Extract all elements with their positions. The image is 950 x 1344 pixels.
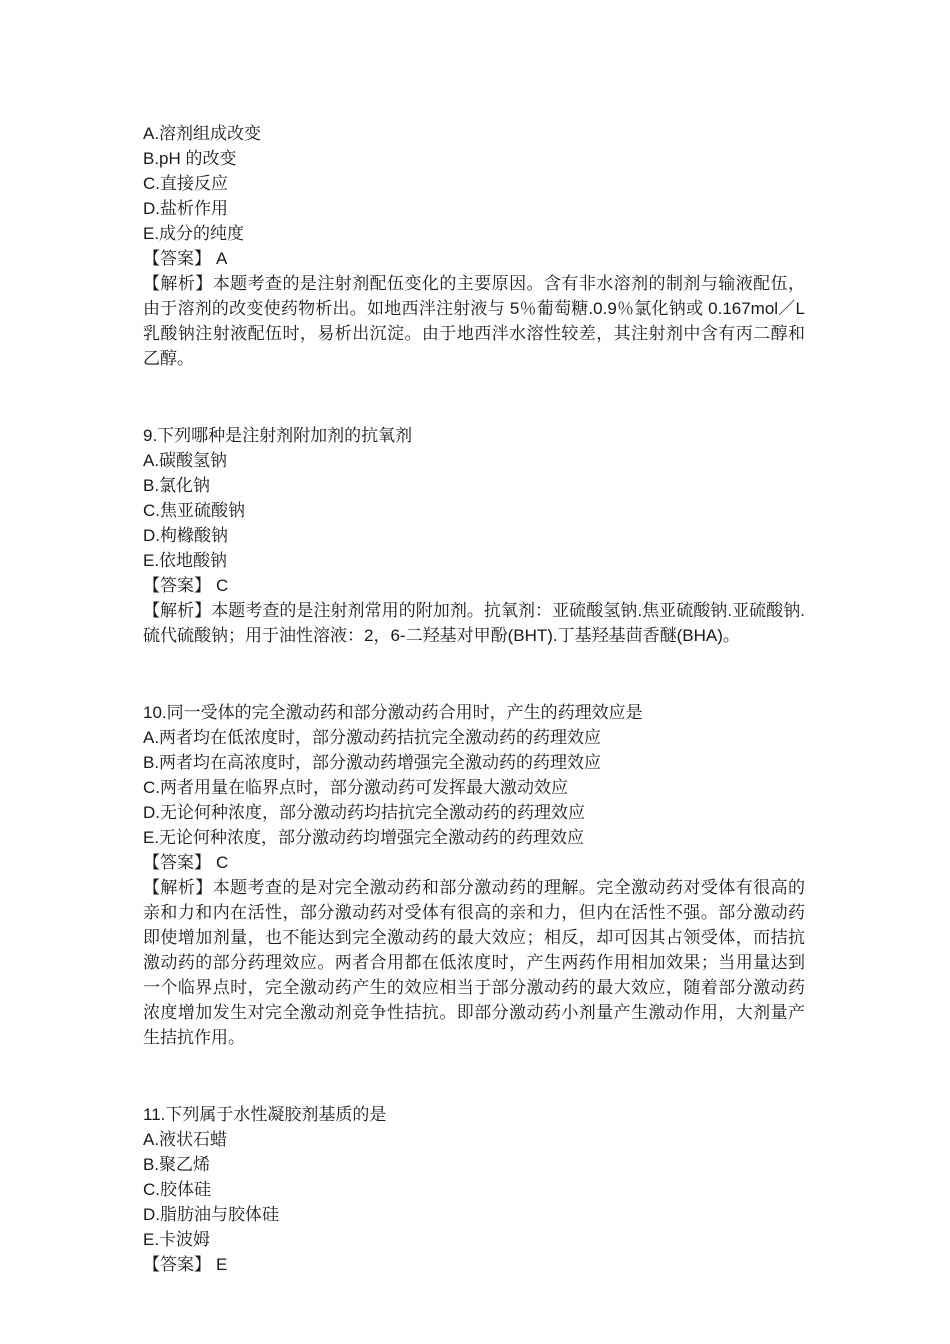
option-d: D.无论何种浓度，部分激动药均拮抗完全激动药的药理效应 [143,800,805,825]
analysis-paragraph: 【解析】本题考查的是对完全激动药和部分激动药的理解。完全激动药对受体有很高的亲和… [143,875,805,1050]
option-e: E.依地酸钠 [143,548,805,573]
question-block-10: 10.同一受体的完全激动药和部分激动药合用时，产生的药理效应是 A.两者均在低浓… [143,700,805,1050]
option-e: E.成分的纯度 [143,221,805,246]
option-e: E.无论何种浓度，部分激动药均增强完全激动药的药理效应 [143,825,805,850]
question-block-11: 11.下列属于水性凝胶剂基质的是 A.液状石蜡 B.聚乙烯 C.胶体硅 D.脂肪… [143,1102,805,1277]
question-stem: 10.同一受体的完全激动药和部分激动药合用时，产生的药理效应是 [143,700,805,725]
answer-label: 【答案】 [143,576,211,595]
analysis-paragraph: 【解析】本题考查的是注射剂配伍变化的主要原因。含有非水溶剂的制剂与输液配伍，由于… [143,271,805,371]
option-d: D.脂肪油与胶体硅 [143,1202,805,1227]
analysis-paragraph: 【解析】本题考查的是注射剂常用的附加剂。抗氧剂：亚硫酸氢钠.焦亚硫酸钠.亚硫酸钠… [143,598,805,648]
option-c: C.焦亚硫酸钠 [143,498,805,523]
question-stem: 9.下列哪种是注射剂附加剂的抗氧剂 [143,423,805,448]
answer-letter: A [216,249,227,268]
option-d: D.枸橼酸钠 [143,523,805,548]
analysis-text: 本题考查的是对完全激动药和部分激动药的理解。完全激动药对受体有很高的亲和力和内在… [143,878,805,1047]
option-a: A.两者均在低浓度时，部分激动药拮抗完全激动药的药理效应 [143,725,805,750]
option-a: A.碳酸氢钠 [143,448,805,473]
option-e: E.卡波姆 [143,1227,805,1252]
answer-letter: E [216,1255,227,1274]
option-b: B.聚乙烯 [143,1152,805,1177]
question-stem: 11.下列属于水性凝胶剂基质的是 [143,1102,805,1127]
analysis-text: 本题考查的是注射剂配伍变化的主要原因。含有非水溶剂的制剂与输液配伍，由于溶剂的改… [143,274,805,368]
answer-label: 【答案】 [143,1255,211,1274]
answer-label: 【答案】 [143,249,211,268]
analysis-label: 【解析】 [143,878,213,897]
option-c: C.胶体硅 [143,1177,805,1202]
document-page: A.溶剂组成改变 B.pH 的改变 C.直接反应 D.盐析作用 E.成分的纯度 … [0,0,950,1344]
option-b: B.氯化钠 [143,473,805,498]
analysis-label: 【解析】 [143,601,211,620]
answer-line: 【答案】E [143,1252,805,1277]
answer-line: 【答案】A [143,246,805,271]
option-c: C.直接反应 [143,171,805,196]
option-d: D.盐析作用 [143,196,805,221]
option-c: C.两者用量在临界点时，部分激动药可发挥最大激动效应 [143,775,805,800]
option-b: B.pH 的改变 [143,146,805,171]
answer-label: 【答案】 [143,853,211,872]
analysis-label: 【解析】 [143,274,213,293]
option-a: A.液状石蜡 [143,1127,805,1152]
option-a: A.溶剂组成改变 [143,121,805,146]
question-block-9: 9.下列哪种是注射剂附加剂的抗氧剂 A.碳酸氢钠 B.氯化钠 C.焦亚硫酸钠 D… [143,423,805,648]
option-b: B.两者均在高浓度时，部分激动药增强完全激动药的药理效应 [143,750,805,775]
answer-line: 【答案】C [143,573,805,598]
analysis-text: 本题考查的是注射剂常用的附加剂。抗氧剂：亚硫酸氢钠.焦亚硫酸钠.亚硫酸钠.硫代硫… [143,601,805,645]
answer-letter: C [216,853,228,872]
answer-letter: C [216,576,228,595]
question-block-8-continued: A.溶剂组成改变 B.pH 的改变 C.直接反应 D.盐析作用 E.成分的纯度 … [143,121,805,371]
answer-line: 【答案】C [143,850,805,875]
